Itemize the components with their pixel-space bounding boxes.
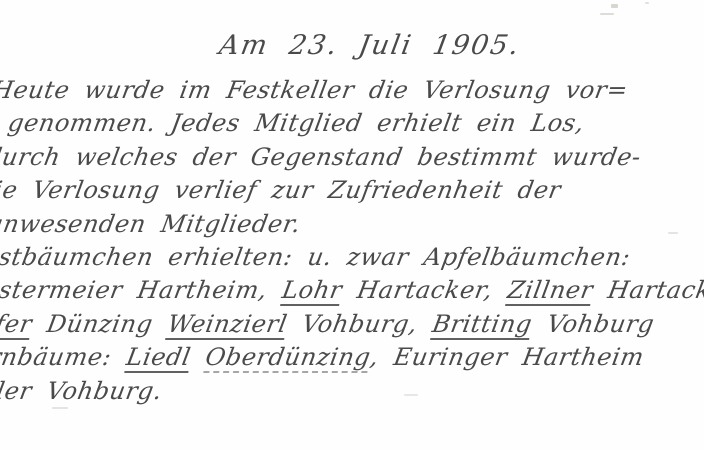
underlined-name: Oberdünzing bbox=[203, 343, 373, 373]
text-segment: Siller Vohburg. bbox=[0, 377, 165, 405]
scan-speck bbox=[600, 13, 614, 15]
handwritten-line: Rufer Dünzing Weinzierl Vohburg, Brittin… bbox=[0, 308, 648, 341]
text-segment: Ostermeier Hartheim, bbox=[0, 276, 285, 304]
underlined-name: Britting bbox=[430, 310, 535, 340]
text-segment: , Euringer Hartheim bbox=[368, 343, 646, 371]
document-body: Heute wurde im Festkeller die Verlosung … bbox=[0, 74, 689, 408]
text-segment: Hartacker bbox=[590, 276, 704, 304]
handwritten-line: Siller Vohburg. bbox=[0, 375, 636, 408]
scan-speck bbox=[668, 232, 678, 234]
text-segment: die Verlosung verlief zur Zufriedenheit … bbox=[0, 176, 563, 204]
text-segment: Hartacker, bbox=[340, 276, 511, 304]
text-segment: Obstbäumchen erhielten: u. zwar Apfelbäu… bbox=[0, 243, 633, 271]
underlined-name: Lohr bbox=[280, 276, 345, 306]
handwritten-line: Heute wurde im Festkeller die Verlosung … bbox=[0, 74, 689, 107]
handwritten-line: durch welches der Gegenstand bestimmt wu… bbox=[0, 141, 677, 174]
underlined-name: Weinzierl bbox=[165, 310, 289, 340]
text-segment: Heute wurde im Festkeller die Verlosung … bbox=[0, 76, 630, 104]
handwritten-line: Obstbäumchen erhielten: u. zwar Apfelbäu… bbox=[0, 241, 659, 274]
handwritten-line: Ostermeier Hartheim, Lohr Hartacker, Zil… bbox=[0, 274, 654, 307]
scan-speck bbox=[611, 4, 618, 8]
underlined-name: Liedl bbox=[124, 343, 193, 373]
handwritten-line: genommen. Jedes Mitglied erhielt ein Los… bbox=[5, 107, 683, 140]
date-heading: Am 23. Juli 1905. bbox=[0, 30, 699, 61]
text-segment: Vohburg, bbox=[285, 310, 436, 338]
handwritten-line: die Verlosung verlief zur Zufriedenheit … bbox=[0, 174, 671, 207]
text-segment: Birnbäume: bbox=[0, 343, 129, 371]
text-segment: Vohburg bbox=[530, 310, 657, 338]
text-segment: Dünzing bbox=[30, 310, 171, 338]
scan-speck bbox=[645, 2, 649, 4]
underlined-name: Zillner bbox=[505, 276, 595, 306]
text-segment: anwesenden Mitglieder. bbox=[0, 210, 303, 238]
handwritten-line: anwesenden Mitglieder. bbox=[0, 208, 665, 241]
handwritten-line: Birnbäume: Liedl Oberdünzing, Euringer H… bbox=[0, 341, 642, 374]
text-segment: durch welches der Gegenstand bestimmt wu… bbox=[0, 143, 643, 171]
scanned-document-page: Am 23. Juli 1905. Heute wurde im Festkel… bbox=[0, 0, 704, 450]
text-segment: genommen. Jedes Mitglied erhielt ein Los… bbox=[6, 109, 587, 137]
